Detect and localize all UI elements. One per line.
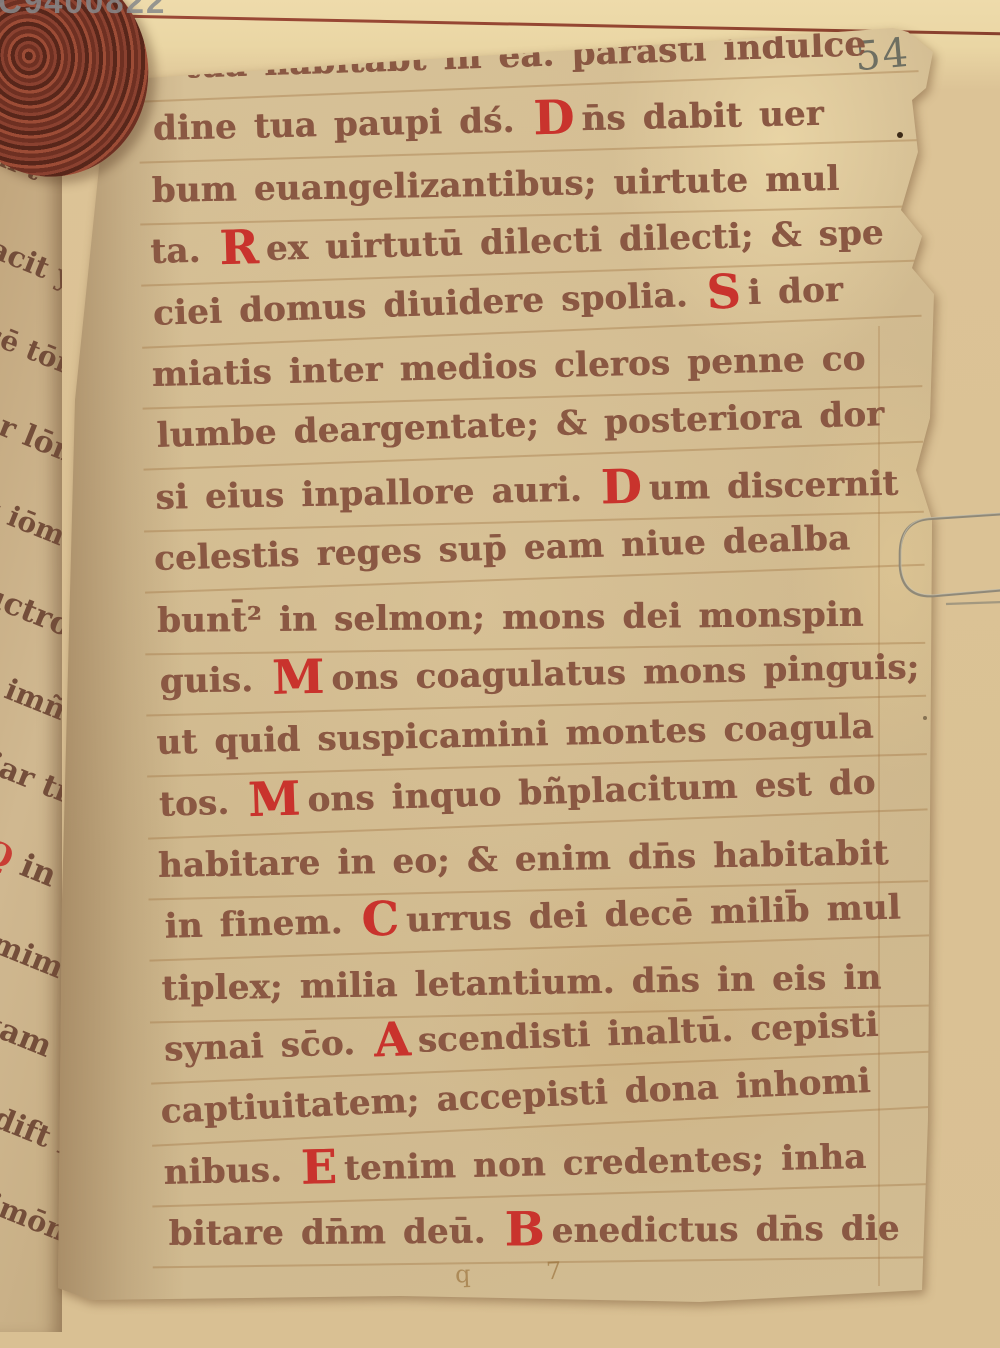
manuscript-text-line: tos. Mons inquo bñplacitum est do [156, 761, 926, 846]
line-text: i dor [747, 269, 843, 312]
line-text: enedictus dn̄s die [551, 1209, 899, 1251]
line-text: tua habitabt̄ in ea. parasti indulce [183, 24, 866, 87]
manuscript-photo: C9400822 ail tfacit ycē tōmār lōmt iōm y… [0, 0, 1000, 1348]
rubricated-initial: A [374, 1040, 411, 1041]
line-text: tos. [158, 782, 246, 825]
rubricated-initial: M [248, 799, 300, 801]
line-text: guis. [159, 660, 270, 702]
rubricated-initial: D [601, 487, 642, 488]
line-text: n̄s dabit uer [581, 94, 824, 139]
page-wrap: 54 tua habitabt̄ in ea. parasti indulced… [0, 0, 1000, 1348]
rubricated-initial: R [220, 248, 259, 249]
line-text: nibus. [163, 1150, 299, 1193]
parchment-page: 54 tua habitabt̄ in ea. parasti indulced… [55, 26, 940, 1308]
line-text: bitare dn̄m deū. [168, 1212, 502, 1254]
psalm-text-block: tua habitabt̄ in ea. parasti indulcedine… [148, 39, 931, 1276]
line-text: um discernit [648, 463, 898, 508]
quire-marks: q 7 [455, 1256, 596, 1289]
paperclip [888, 494, 1000, 626]
line-text: tenim non credentes; inha [344, 1137, 867, 1189]
rubricated-initial: M [272, 678, 324, 679]
line-text: dine tua paupi dś. [152, 101, 531, 150]
line-text: synai sc̄o. [163, 1023, 372, 1070]
line-text: ta. [150, 230, 218, 272]
rubricated-initial: C [362, 920, 400, 921]
catalog-id: C9400822 [0, 0, 166, 21]
line-text: bunt̄² in selmon; mons dei monspin [157, 594, 864, 640]
line-text: in finem. [164, 902, 360, 947]
rubricated-initial: E [301, 1168, 337, 1169]
rubricated-initial: S [707, 292, 741, 293]
line-text: si eius inpallore auri. [155, 469, 599, 518]
rubricated-initial: D [533, 119, 574, 120]
